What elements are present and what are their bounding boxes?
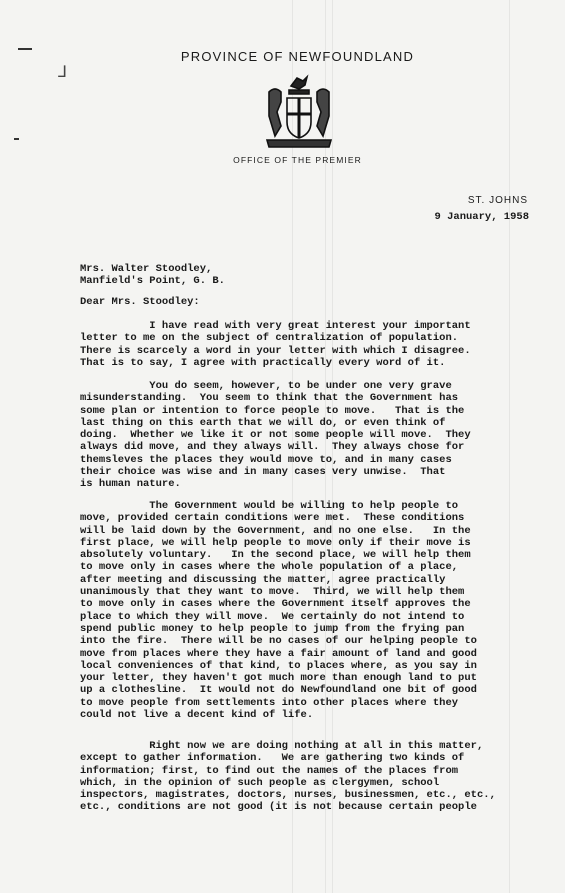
recipient-name: Mrs. Walter Stoodley, xyxy=(80,263,225,275)
place: ST. JOHNS xyxy=(468,195,528,206)
office-subtitle: OFFICE OF THE PREMIER xyxy=(0,155,565,165)
paragraph: You do seem, however, to be under one ve… xyxy=(80,380,550,491)
margin-mark xyxy=(14,138,19,140)
paragraph: I have read with very great interest you… xyxy=(80,320,550,369)
salutation: Dear Mrs. Stoodley: xyxy=(80,296,200,308)
date: 9 January, 1958 xyxy=(434,211,529,223)
letter-page: ⅃ PROVINCE OF NEWFOUNDLAND OFFICE OF THE… xyxy=(0,0,565,893)
recipient-location: Manfield's Point, G. B. xyxy=(80,275,225,287)
coat-of-arms-icon xyxy=(265,72,333,150)
pencil-mark: ⅃ xyxy=(58,62,67,81)
paragraph: Right now we are doing nothing at all in… xyxy=(80,740,550,814)
paragraph: The Government would be willing to help … xyxy=(80,500,550,721)
letterhead-title: PROVINCE OF NEWFOUNDLAND xyxy=(0,49,565,64)
recipient-address: Mrs. Walter Stoodley, Manfield's Point, … xyxy=(80,263,225,287)
